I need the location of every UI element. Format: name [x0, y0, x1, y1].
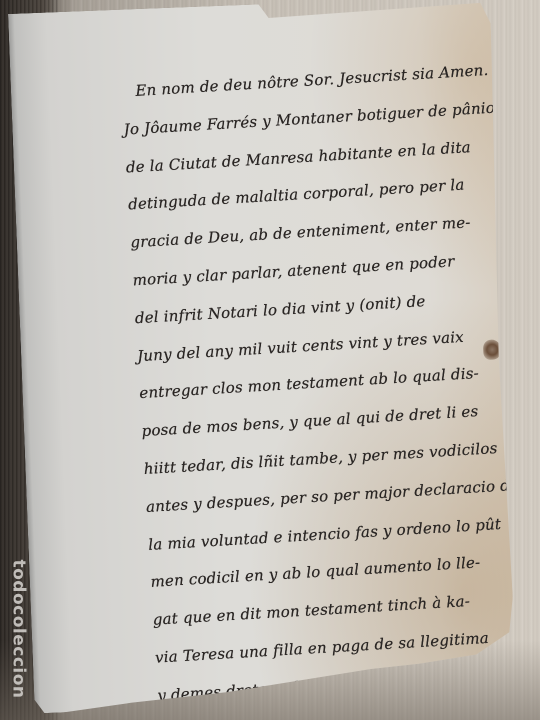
watermark-text: todocoleccion	[9, 559, 29, 698]
todocoleccion-watermark: todocoleccion	[8, 544, 30, 714]
manuscript-text-block: En nom de deu nôtre Sor. Jesucrist sia A…	[120, 52, 527, 715]
manuscript-page: En nom de deu nôtre Sor. Jesucrist sia A…	[8, 0, 517, 713]
